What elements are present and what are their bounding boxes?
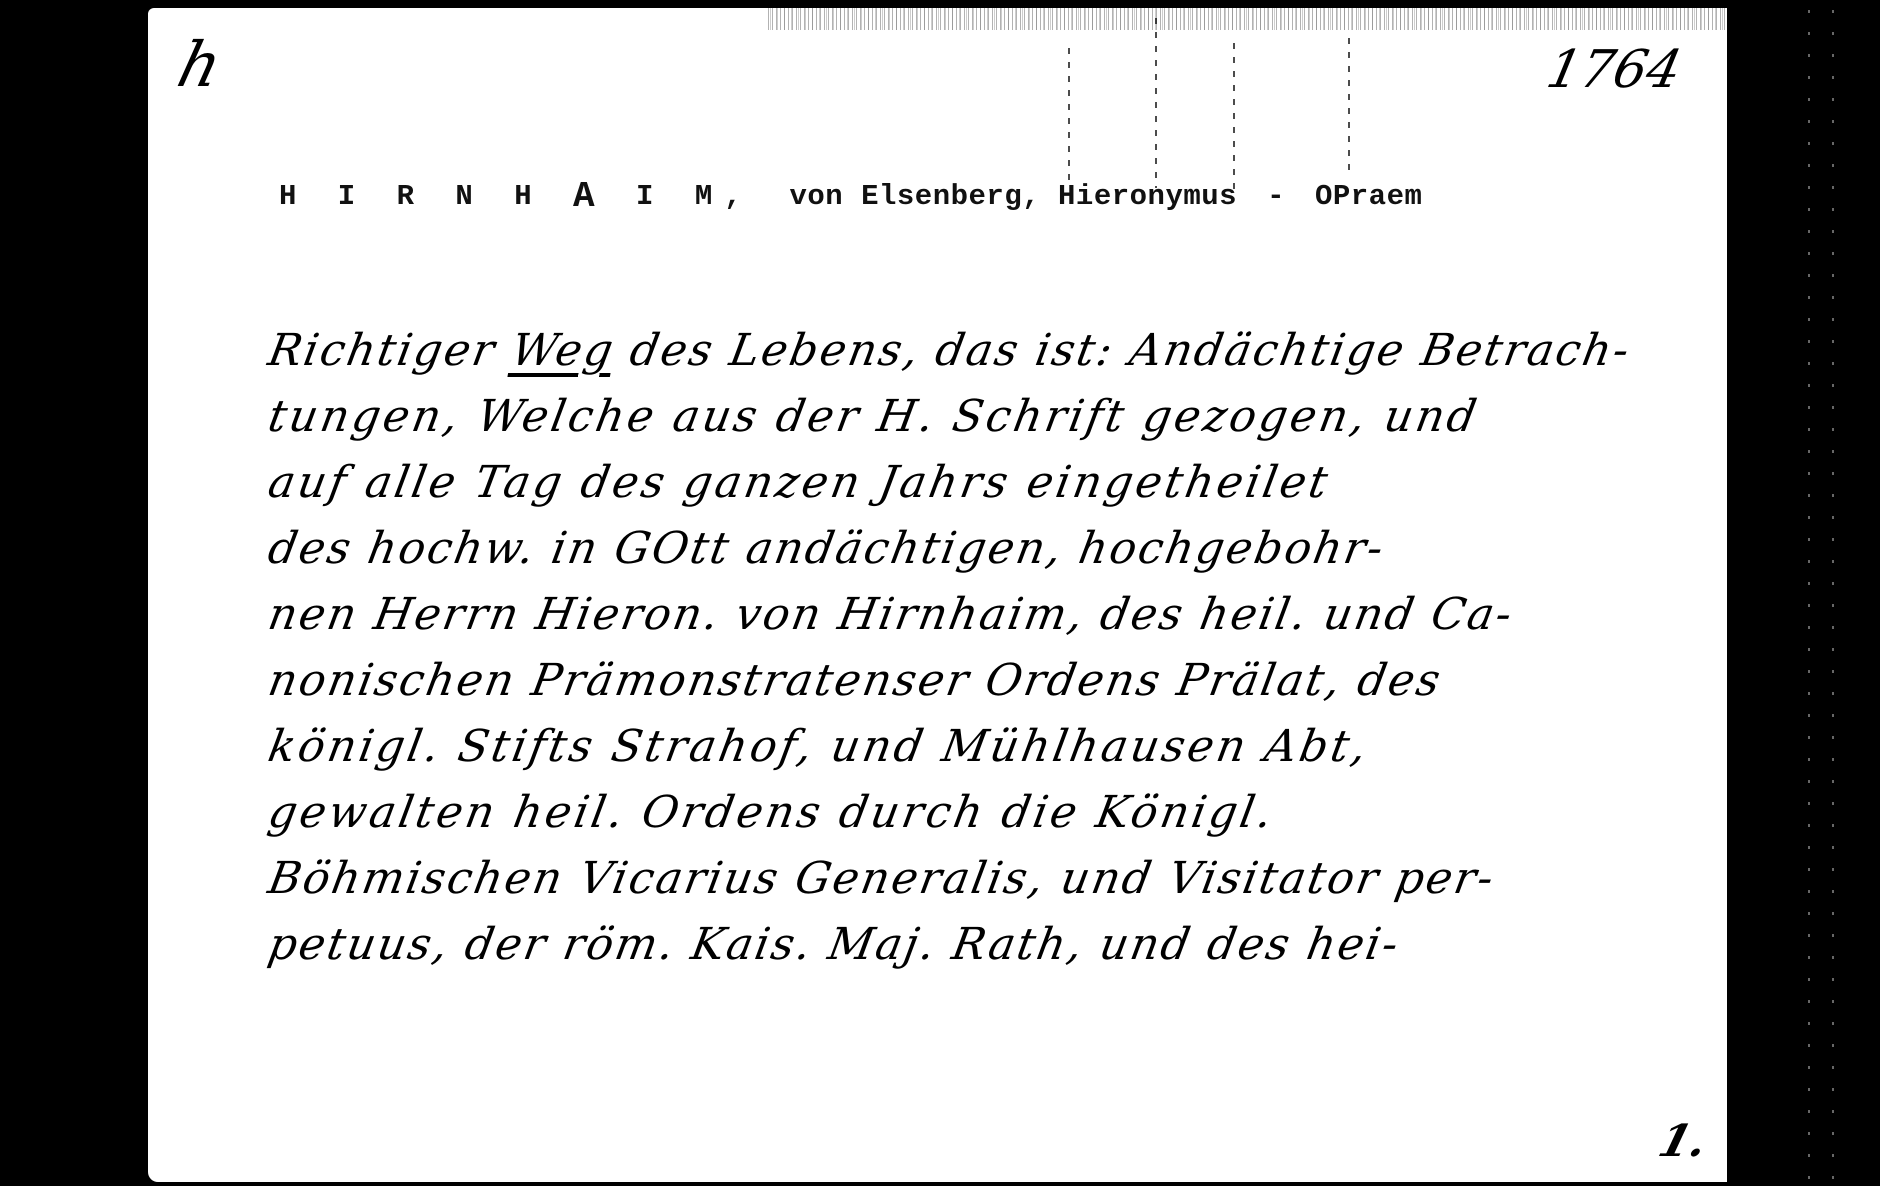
- line-text: Richtiger: [264, 325, 516, 376]
- index-card: h 1764 H I R N H A I M, von Elsenberg, H…: [148, 8, 1727, 1182]
- handwritten-line: Richtiger Weg des Lebens, das ist: Andäc…: [263, 318, 1695, 384]
- corner-mark: h: [171, 28, 227, 101]
- scan-noise: [768, 8, 1727, 30]
- handwritten-transcript: Richtiger Weg des Lebens, das ist: Andäc…: [263, 318, 1683, 978]
- handwritten-line: auf alle Tag des ganzen Jahrs eingetheil…: [263, 450, 1695, 516]
- page-number: 1.: [1653, 1116, 1713, 1167]
- line-text: des Lebens, das ist: Andächtige Betrach-: [610, 325, 1635, 376]
- surname-part: H I R N H: [279, 180, 544, 213]
- heading-order: OPraem: [1315, 180, 1422, 213]
- handwritten-line: königl. Stifts Strahof, und Mühlhausen A…: [263, 714, 1695, 780]
- scan-streak: [1155, 18, 1157, 188]
- handwritten-line: nen Herrn Hieron. von Hirnhaim, des heil…: [263, 582, 1695, 648]
- heading-surname: H I R N H A I M,: [279, 180, 754, 213]
- card-number: 1764: [1542, 40, 1687, 100]
- scan-streak: [1068, 48, 1070, 188]
- handwritten-line: Böhmischen Vicarius Generalis, und Visit…: [263, 846, 1695, 912]
- film-edge-dots: [1808, 10, 1810, 1180]
- card-heading: H I R N H A I M, von Elsenberg, Hieronym…: [279, 174, 1422, 215]
- handwritten-line: nonischen Prämonstratenser Ordens Prälat…: [263, 648, 1695, 714]
- heading-dash: -: [1267, 180, 1285, 213]
- handwritten-line: petuus, der röm. Kais. Maj. Rath, und de…: [263, 912, 1695, 978]
- handwritten-line: tungen, Welche aus der H. Schrift gezoge…: [263, 384, 1695, 450]
- document-viewer: h 1764 H I R N H A I M, von Elsenberg, H…: [0, 0, 1880, 1186]
- heading-name: von Elsenberg, Hieronymus: [789, 180, 1237, 213]
- surname-part: I M,: [607, 180, 754, 213]
- handwritten-line: des hochw. in GOtt andächtigen, hochgebo…: [263, 516, 1695, 582]
- surname-overstrike-letter: A: [573, 176, 607, 217]
- underlined-word: Weg: [508, 325, 619, 376]
- scan-streak: [1233, 43, 1235, 193]
- handwritten-line: gewalten heil. Ordens durch die Königl.: [263, 780, 1695, 846]
- film-edge-dots: [1832, 10, 1834, 1180]
- scan-streak: [1348, 38, 1350, 178]
